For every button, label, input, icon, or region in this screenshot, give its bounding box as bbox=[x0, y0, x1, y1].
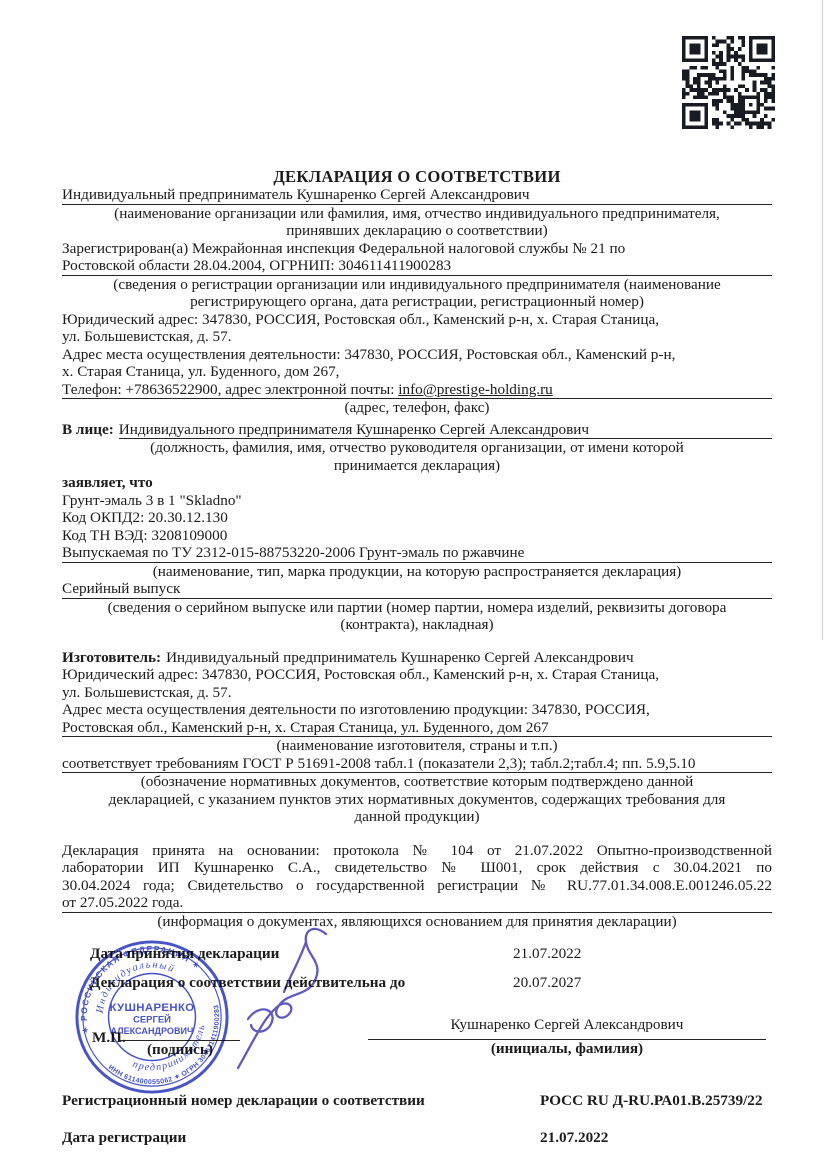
activity-address-line-2: х. Старая Станица, ул. Буденного, дом 26… bbox=[62, 363, 772, 381]
manufacturer-row: Изготовитель: Индивидуальный предпринима… bbox=[62, 649, 772, 667]
serial-release-line: Серийный выпуск bbox=[62, 580, 772, 599]
basis-hint: (информация о документах, являющихся осн… bbox=[62, 913, 772, 931]
representative-value: Индивидуального предпринимателя Кушнарен… bbox=[119, 421, 772, 440]
basis-line-2: лаборатории ИП Кушнаренко С.А., свидетел… bbox=[62, 859, 772, 877]
manufacturer-legal-address-1: Юридический адрес: 347830, РОССИЯ, Росто… bbox=[62, 666, 772, 684]
declares-label: заявляет, что bbox=[62, 474, 772, 492]
document-content: ДЕКЛАРАЦИЯ О СООТВЕТСТВИИ Индивидуальный… bbox=[0, 0, 827, 1148]
product-okpd2-line: Код ОКПД2: 20.30.12.130 bbox=[62, 509, 772, 527]
basis-line-1: Декларация принята на основании: протоко… bbox=[62, 842, 772, 860]
serial-hint-1: (сведения о серийном выпуске или партии … bbox=[62, 599, 772, 617]
signatory-name-hint: (инициалы, фамилия) bbox=[368, 1040, 766, 1057]
contact-hint: (адрес, телефон, факс) bbox=[62, 399, 772, 417]
valid-until-row: Декларация о соответствии действительна … bbox=[62, 973, 772, 993]
declarant-name-hint-2: принявших декларацию о соответствии) bbox=[62, 222, 772, 240]
product-tnved-line: Код ТН ВЭД: 3208109000 bbox=[62, 527, 772, 545]
manufacturer-name: Индивидуальный предприниматель Кушнаренк… bbox=[166, 649, 772, 667]
representative-row: В лице: Индивидуального предпринимателя … bbox=[62, 421, 772, 440]
page-title: ДЕКЛАРАЦИЯ О СООТВЕТСТВИИ bbox=[62, 168, 772, 186]
representative-hint-2: принимается декларация) bbox=[62, 457, 772, 475]
signature-line: (подпись) bbox=[120, 1040, 240, 1058]
registration-date-row: Дата регистрации 21.07.2022 bbox=[62, 1128, 772, 1148]
product-name-line: Грунт-эмаль 3 в 1 "Skladno" bbox=[62, 492, 772, 510]
serial-hint-2: (контракта), накладная) bbox=[62, 616, 772, 634]
legal-address-line-2: ул. Большевистская, д. 57. bbox=[62, 328, 772, 346]
signatory-name: Кушнаренко Сергей Александрович bbox=[368, 1015, 766, 1039]
activity-address-line-1: Адрес места осуществления деятельности: … bbox=[62, 346, 772, 364]
valid-until-value: 20.07.2027 bbox=[513, 973, 581, 993]
valid-until-label: Декларация о соответствии действительна … bbox=[90, 974, 405, 991]
phone-email-line: Телефон: +78636522900, адрес электронной… bbox=[62, 381, 772, 400]
email-link[interactable]: info@prestige-holding.ru bbox=[398, 381, 552, 398]
registration-date-value: 21.07.2022 bbox=[540, 1128, 608, 1148]
registration-number-row: Регистрационный номер декларации о соотв… bbox=[62, 1091, 772, 1111]
conformity-hint-2: декларацией, с указанием пунктов этих но… bbox=[62, 791, 772, 809]
manufacturer-prod-address-1: Адрес места осуществления деятельности п… bbox=[62, 701, 772, 719]
registration-info-line-1: Зарегистрирован(а) Межрайонная инспекция… bbox=[62, 240, 772, 258]
registration-date-label: Дата регистрации bbox=[62, 1129, 186, 1146]
manufacturer-prod-address-2: Ростовская обл., Каменский р-н, х. Стара… bbox=[62, 719, 772, 738]
manufacturer-label: Изготовитель: bbox=[62, 649, 166, 667]
phone-text: Телефон: +78636522900, адрес электронной… bbox=[62, 381, 398, 398]
adoption-date-value: 21.07.2022 bbox=[513, 944, 581, 964]
declaration-document: ДЕКЛАРАЦИЯ О СООТВЕТСТВИИ Индивидуальный… bbox=[0, 0, 827, 1169]
conformity-line: соответствует требованиям ГОСТ Р 51691-2… bbox=[62, 755, 772, 774]
basis-line-4: от 27.05.2022 года. bbox=[62, 894, 772, 913]
product-hint: (наименование, тип, марка продукции, на … bbox=[62, 563, 772, 581]
adoption-date-row: Дата принятия декларации 21.07.2022 bbox=[62, 944, 772, 964]
manufacturer-legal-address-2: ул. Большевистская, д. 57. bbox=[62, 684, 772, 702]
declarant-name-hint-1: (наименование организации или фамилия, и… bbox=[62, 205, 772, 223]
registration-hint-2: регистрирующего органа, дата регистрации… bbox=[62, 293, 772, 311]
signatory-name-block: Кушнаренко Сергей Александрович (инициал… bbox=[368, 1015, 766, 1057]
signature-hint: (подпись) bbox=[120, 1041, 240, 1058]
registration-number-label: Регистрационный номер декларации о соотв… bbox=[62, 1092, 425, 1109]
declarant-name-line: Индивидуальный предприниматель Кушнаренк… bbox=[62, 186, 772, 205]
signature-block: М.П. (подпись) Кушнаренко Сергей Алексан… bbox=[62, 1013, 772, 1065]
conformity-hint-3: данной продукции) bbox=[62, 808, 772, 826]
product-tu-line: Выпускаемая по ТУ 2312-015-88753220-2006… bbox=[62, 544, 772, 563]
conformity-hint-1: (обозначение нормативных документов, соо… bbox=[62, 773, 772, 791]
adoption-date-label: Дата принятия декларации bbox=[90, 945, 279, 962]
registration-number-value: РОСС RU Д-RU.РА01.В.25739/22 bbox=[540, 1091, 762, 1111]
registration-info-line-2: Ростовской области 28.04.2004, ОГРНИП: 3… bbox=[62, 257, 772, 276]
legal-address-line-1: Юридический адрес: 347830, РОССИЯ, Росто… bbox=[62, 311, 772, 329]
manufacturer-hint: (наименование изготовителя, страны и т.п… bbox=[62, 737, 772, 755]
representative-label: В лице: bbox=[62, 421, 119, 440]
basis-line-3: 30.04.2024 года; Свидетельство о государ… bbox=[62, 877, 772, 895]
registration-hint-1: (сведения о регистрации организации или … bbox=[62, 276, 772, 294]
representative-hint-1: (должность, фамилия, имя, отчество руков… bbox=[62, 439, 772, 457]
